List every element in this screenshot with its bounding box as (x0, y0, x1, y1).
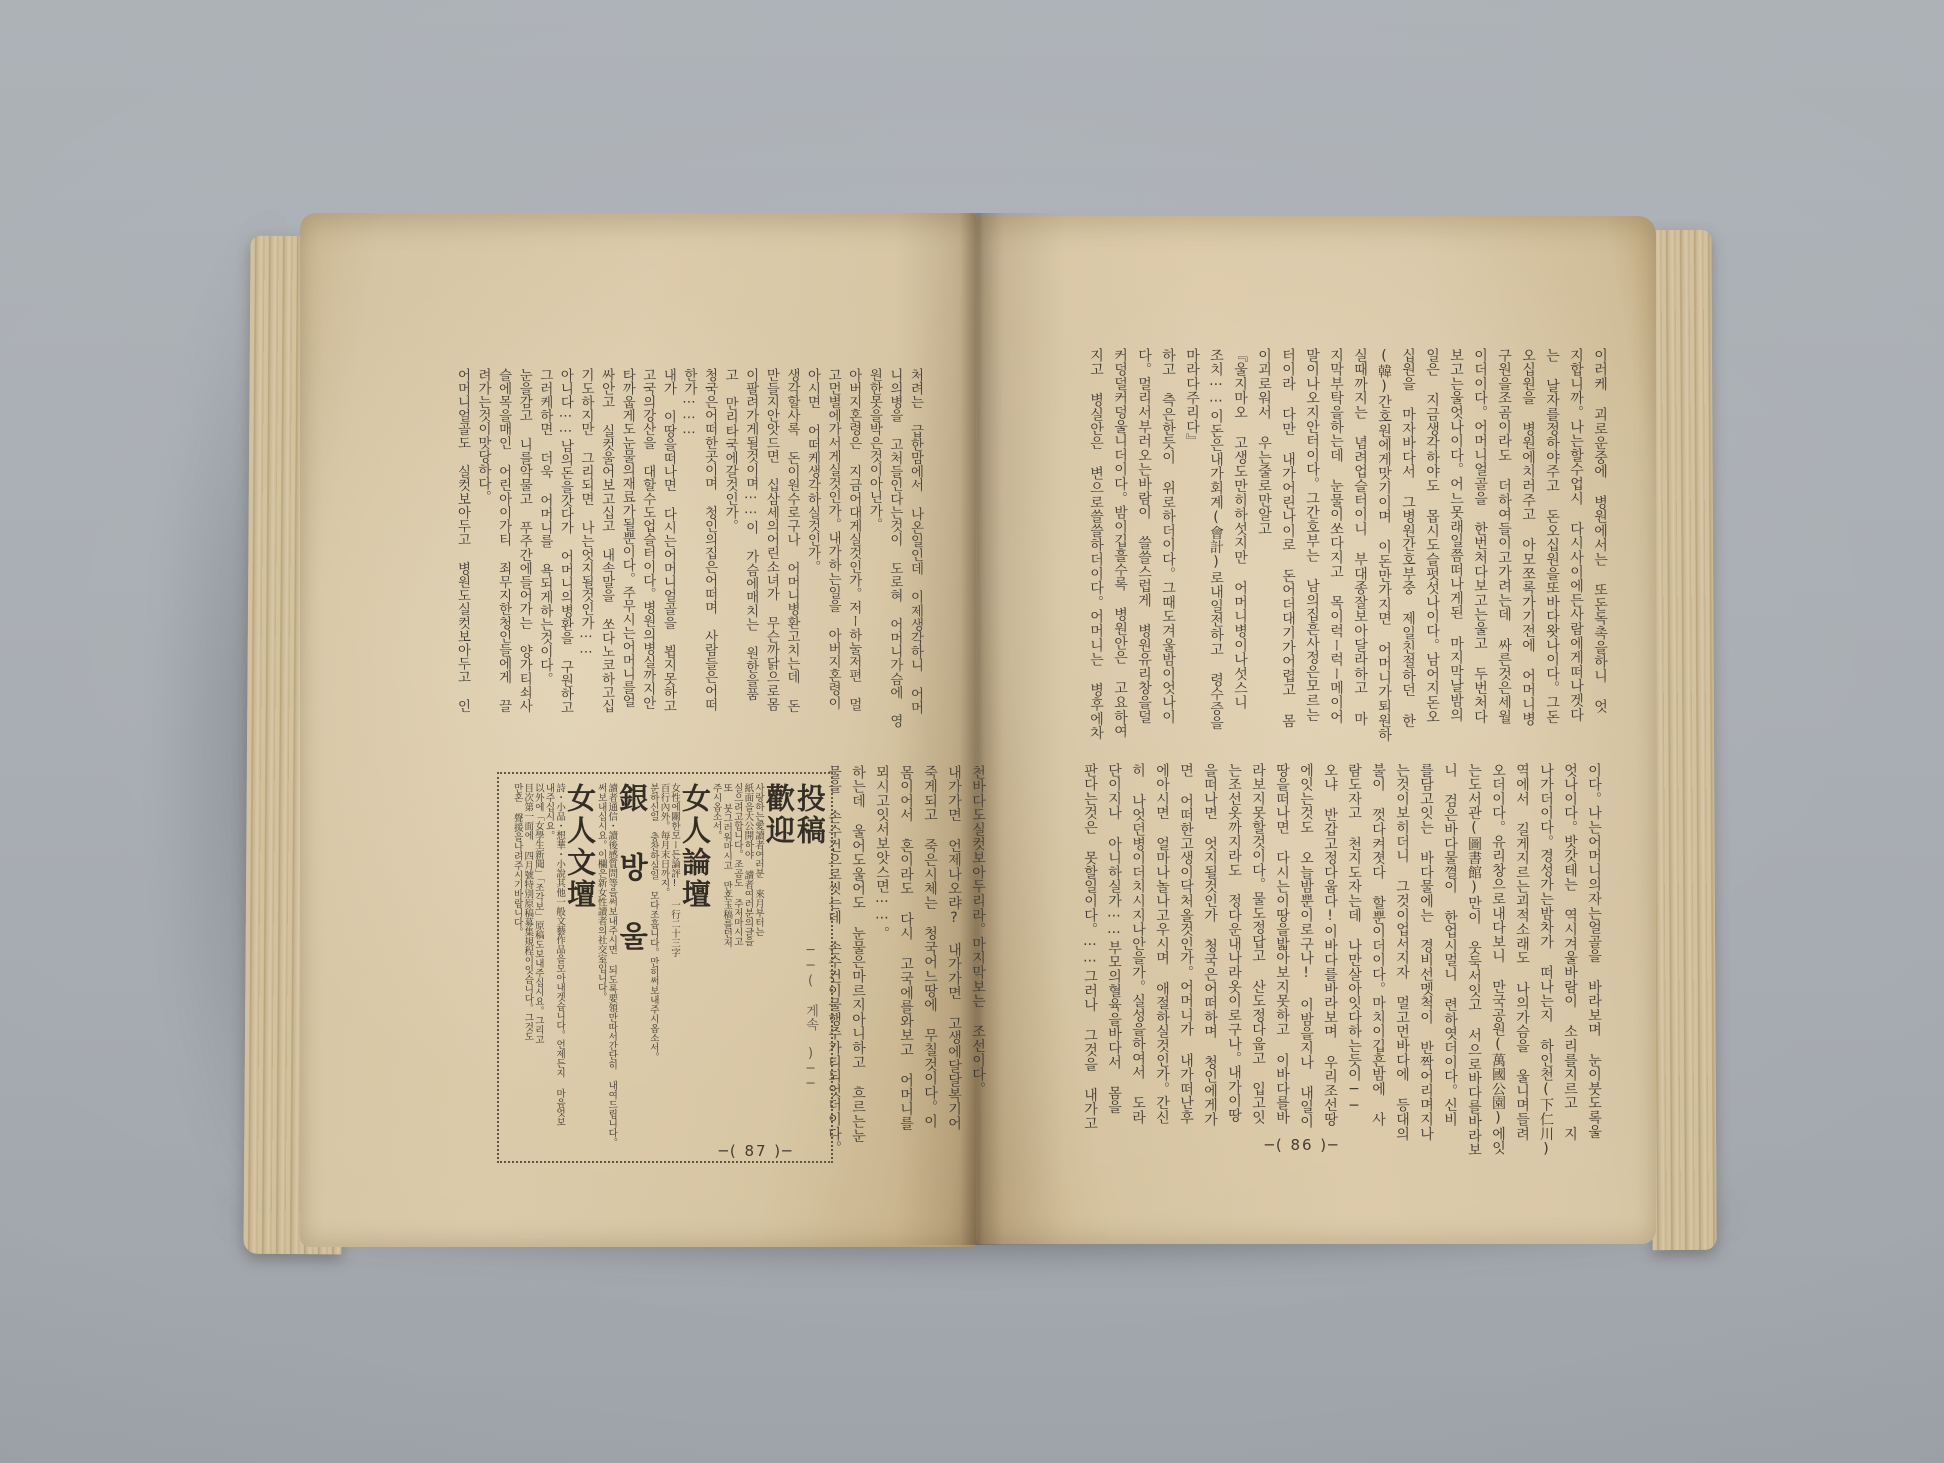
ad-text-column: 投稿 (794, 783, 825, 1152)
text-column: 오십원을 병원에치러주고 아모쪼록가기전에 어머니병 (1516, 348, 1540, 754)
text-column: 니의병을 고처들인다는것이 도로혀 어머니가슴에 영 (884, 368, 905, 770)
ad-text-column: 讀者通信・讀後感質問等을써보내주시면 되도록要領만따서간단히 내여드립니다。 (606, 783, 617, 1152)
ad-text-column: 또 붓그러워마시고 만혼玉稿를던저 (721, 783, 732, 1152)
ad-text-column: 以外에「女學生新聞」「조각보」原稿도보내주십시요。그리고 (532, 783, 543, 1152)
text-column: 는 날자를정하야주고 돈오십원을또바다왓나이다。그돈 (1540, 348, 1564, 754)
text-column: 아니다⋯⋯남의돈을갓다가 어머니의병환을 구원하고 (554, 368, 575, 770)
text-column: 어머니얼골도 실컷보아두고 병원도실컷보아두고 인 (451, 368, 472, 770)
text-column: 조치⋯⋯이돈은내가회계(會計)로내일전하고 령수증을 (1204, 348, 1228, 754)
text-column: 나가더이다。경성가는밤차가 떠나는지 하인천(下仁川) (1534, 763, 1558, 1169)
text-column: 불이 껏다켜졋다 할뿐이더이다。마치이깁흔밤에 사 (1366, 763, 1390, 1169)
text-column: 한가⋯⋯⋯ (678, 368, 699, 770)
text-column: 고 만리타국에갈것인가。 (719, 368, 740, 770)
text-column: 내가가면 언제나오랴? 내가가면 고생에달달복기어 (942, 765, 966, 1165)
text-column: 기도하지만 그리되면 나는엇지될것인가⋯⋯ (575, 368, 596, 770)
text-column: 터이라 다만 내가어린나이로 돈어더대기가어렵고 몸 (1276, 348, 1300, 754)
text-column: 땅을떠나면 다시는이땅을밟아보지못하고 이바다를바 (1270, 763, 1294, 1169)
text-column: 고먼별에가서게실것인가。내가하는일을 아버지혼령이 (822, 368, 843, 770)
text-column: 천바다도실컷보아두리라。마지막보는 조선이다。 (966, 765, 990, 1165)
text-column: 는도서관(圖書館)만이 웃둑서잇고 서으로바다를바라보 (1462, 763, 1486, 1169)
ad-text-column: 銀 방 울 (616, 783, 647, 1152)
ad-text-column: 百行內外。毎月末日까지。 (658, 783, 669, 1152)
text-column: 지막부탁을하는데 눈물이쏘다지고 목이럭ー럭ー메이어 (1324, 348, 1348, 754)
text-column: 엇나이다。밧갓테는 역시겨울바람이 소리를지르고 지 (1558, 763, 1582, 1169)
page-86-bottom-text-block: 이다。나는어머니의자는얼골을 바라보며 눈이붓도록울엇나이다。밧갓테는 역시겨울… (1078, 763, 1606, 1169)
text-column: 아시면 어떠케생각하실것인가。 (801, 368, 822, 770)
page-number-87: ─( 87 )─ (686, 1142, 826, 1160)
text-column: 만들지안앗드면 십삼세의어린소녀가 무슨까닭으로몸 (760, 368, 781, 770)
text-column: 타까웁게도눈물의재료가될뿐이다。주무시는어머니를얼 (616, 368, 637, 770)
text-column: 실때까지는 념려업슬터이니 부대종잘보아달라하고 마 (1348, 348, 1372, 754)
text-column: 뫼시고잇서보앗스면⋯⋯。 (870, 765, 894, 1165)
text-column: 에잇는것도 오늘밤뿐이로구나! 이밤을지나 내일이 (1294, 763, 1318, 1169)
text-column: 지고 병실안은 변으로쓸쓸하더이다。어머니는 병후에차 (1084, 348, 1108, 754)
text-column: 원한못을박은것이아닌가。 (863, 368, 884, 770)
ad-text-column: 女人文壇 (564, 783, 595, 1152)
text-column: 를담고잇는 바다물에는 경비선멧척이 반짝어리며지나 (1414, 763, 1438, 1169)
text-column: 십원을 마자바다서 그병원간호부중 제일친절하던 한 (1396, 348, 1420, 754)
contribution-invitation-ad-box: 投稿歡迎사랑하는愛讀者여러분 來月부터는紙面을大公開하야 讀者여러분의글을실으려… (497, 772, 833, 1163)
text-column: 싸안고 실컷울어보고십고 내속말을 쏘다노코하고십 (596, 368, 617, 770)
text-column: 이더이다。어머니얼골을 한번처다보고는울고 두번처다 (1468, 348, 1492, 754)
text-column: 하는데 울어도울어도 눈물은마르지아니하고 흐르는눈 (846, 765, 870, 1165)
ad-text-column: 女性에關한모ー든論評! 一行二十三字 (668, 783, 679, 1152)
text-column: 이러케 괴로운중에 병원에서는 또돈독촉을하니 엇 (1588, 348, 1612, 754)
text-column: 눈을감고 니를악물고 푸주간에들어가는 양가티쇠사 (513, 368, 534, 770)
page-86-top-text-block: 이러케 괴로운중에 병원에서는 또돈독촉을하니 엇지합니까。나는할수업시 다시사… (1084, 348, 1612, 754)
text-column: 몸이어서 혼이라도 다시 고국에를와보고 어머니를 (894, 765, 918, 1165)
text-column: 구원을조곰이라도 더하여들이고가려는데 싸른것은세월 (1492, 348, 1516, 754)
text-column: 려가는것이맛당하다。 (472, 368, 493, 770)
text-column: 을떠나면 엇지될것인가 청국은어떠하며 청인에게가 (1198, 763, 1222, 1169)
text-column: 히 나엇던병이더치시지나안을가。실성을하여서 도라 (1126, 763, 1150, 1169)
text-column: 단이지나 아니하실가⋯⋯부모의혈육을바다서 몸을 (1102, 763, 1126, 1169)
text-column: 는조선옷까지라도 정다운내나라옷이로구나。내가이땅 (1222, 763, 1246, 1169)
text-column: 보고는울엇나이다。어느못래일쯤떠나게된 마지막날밤의 (1444, 348, 1468, 754)
text-column: 슬에목을매인 어린아이가티 죄무지한청인들에게 끌 (493, 368, 514, 770)
text-column: 커덩덜커덩울니더이다。밤이깁흘수록 병원안은 고요하여 (1108, 348, 1132, 754)
text-column: 다。멀리서부러오는바람이 쓸쓸스럽게 병원유리창을덜 (1132, 348, 1156, 754)
right-page-edge-stack (1647, 230, 1716, 1250)
ad-text-column: 내주십시요。 (543, 783, 554, 1152)
ad-text-column: 사랑하는愛讀者여러분 來月부터는 (752, 783, 763, 1152)
text-column: 내가 이땅을떠나면 다시는어머니얼골을 뵙지못하고 (657, 368, 678, 770)
text-column: 이팔려가게될것이며⋯⋯이 가슴에매치는 원한을품 (740, 368, 761, 770)
text-column: 이괴로워서 우는줄로만알고 (1252, 348, 1276, 754)
book-photo-scene: 이러케 괴로운중에 병원에서는 또돈독촉을하니 엇지합니까。나는할수업시 다시사… (0, 0, 1944, 1463)
text-column: 처려는 급한맘에서 나온일인데 이제생각하니 어머 (904, 368, 925, 770)
page-87-top-text-block: 처려는 급한맘에서 나온일인데 이제생각하니 어머니의병을 고처들인다는것이 도… (451, 368, 925, 770)
text-column: 지합니까。나는할수업시 다시사이에든사람에게떠나겟다 (1564, 348, 1588, 754)
text-column: 하고 측은한듯이 위로하더이다。그때도겨울밤이엇나이 (1156, 348, 1180, 754)
page-number-86: ─( 86 )─ (1232, 1136, 1372, 1154)
ad-box-text: 投稿歡迎사랑하는愛讀者여러분 來月부터는紙面을大公開하야 讀者여러분의글을실으려… (505, 783, 825, 1152)
ad-text-column: 詩・小品・想華・小說其他一般文藝作品을모아내겟습니다。언제든지 마음엇보 (553, 783, 564, 1152)
text-column: 생각할사록 돈이원수로구나 어머니병환고치는데 돈 (781, 368, 802, 770)
text-column: (韓)간호원에게맛기이며 이돈만가지면 어머니가퇴원하 (1372, 348, 1396, 754)
text-column: 죽게되고 죽은시체는 청국어느땅에 무칠것이다。이 (918, 765, 942, 1165)
text-column: 그러케하면 더욱 어머니를 욕되게하는것이다。 (534, 368, 555, 770)
text-column: 니 검은바다물껼이 한업시멀니 련하엿더이다。신비 (1438, 763, 1462, 1169)
text-column: 면 어떠한고생이닥처올것인가。어머니가 내가떠난후 (1174, 763, 1198, 1169)
ad-text-column: 紙面을大公開하야 讀者여러분의글을 (742, 783, 753, 1152)
text-column: 는것이보히더니 그것이업서지자 멀고먼바다에 등대의 (1390, 763, 1414, 1169)
text-column: 오냐 반갑고정다웁다!이바다를바라보며 우리조선땅 (1318, 763, 1342, 1169)
ad-text-column: 歡迎 (763, 783, 794, 1152)
ad-text-column: 目次第一面에 四月號特別原稿募集規程이잇슴니다。그것도 (522, 783, 533, 1152)
text-column: 이다。나는어머니의자는얼골을 바라보며 눈이붓도록울 (1582, 763, 1606, 1169)
text-column: 역에서 길게지르는괴적소래도 나의가슴을 울니며들려 (1510, 763, 1534, 1169)
text-column: 라보지못할것이다。물도정답고 산도정다웁고 입고잇 (1246, 763, 1270, 1169)
ad-text-column: 女人論壇 (679, 783, 710, 1152)
ad-text-column: 만혼 聲援을나려주시기바랍니다。 (511, 783, 522, 1152)
text-column: 람도자고 천지도자는데 나만살아잇다하는듯이── (1342, 763, 1366, 1169)
text-column: 고국의강산을 대할수도업슬터이다。병원의병실까지안 (637, 368, 658, 770)
text-column: 청국은어떠한곳이며 청인의집은어떠며 사람들은어떠 (698, 368, 719, 770)
text-column: 마라다주리다』 (1180, 348, 1204, 754)
text-column: 일은 지금생각하야도 몹시도슬펏섯나이다。남어지돈오 (1420, 348, 1444, 754)
text-column: 아버지혼령은 지금어대게실것인가。저ー하눌저편 멀 (843, 368, 864, 770)
text-column: 『울지마오 고생도만히하섯지만 어머니병이나섯스니 (1228, 348, 1252, 754)
text-column: 오더이다。유리창으로내다보니 만국공원(萬國公園)에잇 (1486, 763, 1510, 1169)
ad-text-column: 실으려고합니다。조곰도 주저마시고 (731, 783, 742, 1152)
text-column: 에아시면 얼마나놀나고우시며 애절하실것인가。간신 (1150, 763, 1174, 1169)
text-column: 판다는것은 못할일이다。⋯⋯그러나 그것을 내가고 (1078, 763, 1102, 1169)
text-column: 말이나오지안터이다。그간호부는 남의집흔사정은모르는 (1300, 348, 1324, 754)
